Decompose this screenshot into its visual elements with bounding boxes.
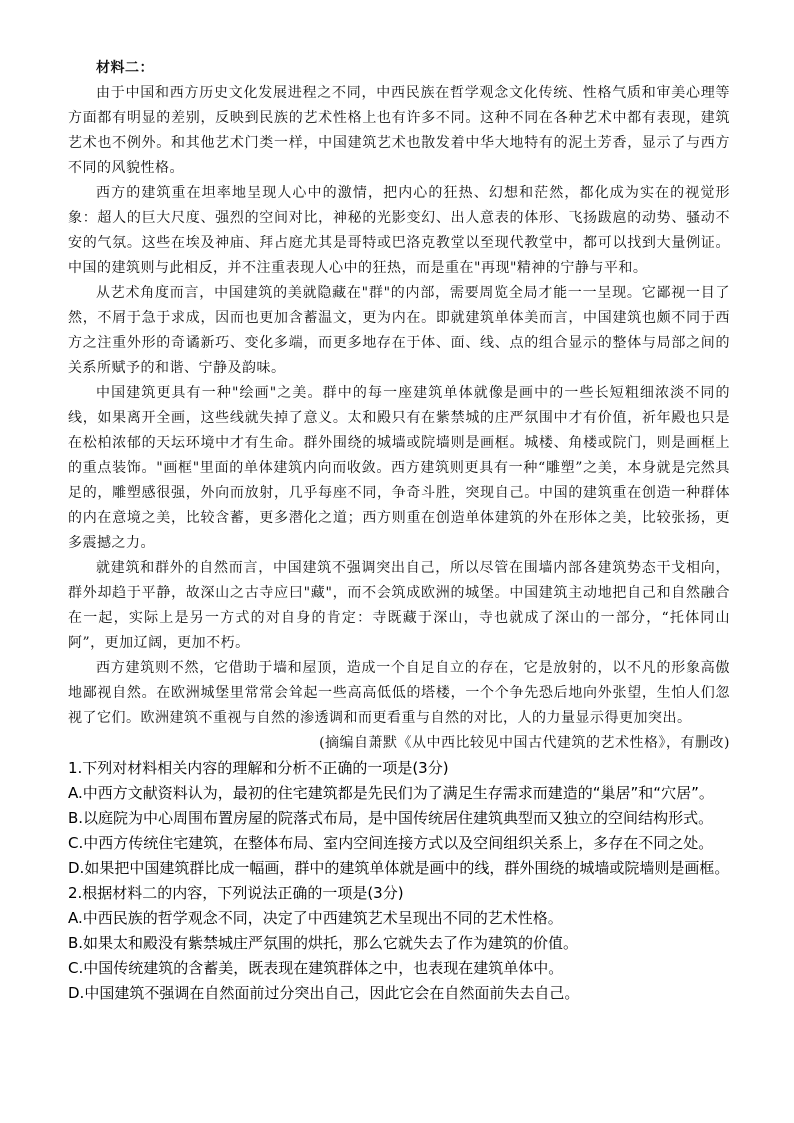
question-1-option-b: B.以庭院为中心周围布置房屋的院落式布局，是中国传统居住建筑典型而又独立的空间结… — [68, 806, 730, 831]
question-2-option-a: A.中西民族的哲学观念不同，决定了中西建筑艺术呈现出不同的艺术性格。 — [68, 906, 730, 931]
question-2-option-d: D.中国建筑不强调在自然面前过分突出自己，因此它会在自然面前失去自己。 — [68, 981, 730, 1006]
material-label: 材料二： — [68, 56, 730, 81]
paragraph-5: 就建筑和群外的自然而言，中国建筑不强调突出自己，所以尽管在围墙内部各建筑势态干戈… — [68, 556, 730, 656]
source-attribution: (摘编自萧默《从中西比较见中国古代建筑的艺术性格》，有删改) — [68, 731, 730, 756]
question-1-option-a: A.中西方文献资料认为，最初的住宅建筑都是先民们为了满足生存需求而建造的“巢居”… — [68, 781, 730, 806]
question-2-option-c: C.中国传统建筑的含蓄美，既表现在建筑群体之中，也表现在建筑单体中。 — [68, 956, 730, 981]
question-1-option-d: D.如果把中国建筑群比成一幅画，群中的建筑单体就是画中的线，群外围绕的城墙或院墙… — [68, 856, 730, 881]
question-1-stem: 1.下列对材料相关内容的理解和分析不正确的一项是(3分) — [68, 756, 730, 781]
paragraph-6: 西方建筑则不然，它借助于墙和屋顶，造成一个自足自立的存在，它是放射的，以不凡的形… — [68, 656, 730, 731]
question-1-option-c: C.中西方传统住宅建筑，在整体布局、室内空间连接方式以及空间组织关系上，多存在不… — [68, 831, 730, 856]
question-2-option-b: B.如果太和殿没有紫禁城庄严氛围的烘托，那么它就失去了作为建筑的价值。 — [68, 931, 730, 956]
questions-section: 1.下列对材料相关内容的理解和分析不正确的一项是(3分) A.中西方文献资料认为… — [68, 756, 730, 1006]
paragraph-1: 由于中国和西方历史文化发展进程之不同，中西民族在哲学观念文化传统、性格气质和审美… — [68, 81, 730, 181]
paragraph-4: 中国建筑更具有一种"绘画"之美。群中的每一座建筑单体就像是画中的一些长短粗细浓淡… — [68, 381, 730, 556]
question-2-stem: 2.根据材料二的内容，下列说法正确的一项是(3分) — [68, 881, 730, 906]
paragraph-3: 从艺术角度而言，中国建筑的美就隐藏在"群"的内部，需要周览全局才能一一呈现。它鄙… — [68, 281, 730, 381]
paragraph-2: 西方的建筑重在坦率地呈现人心中的激情，把内心的狂热、幻想和茫然，都化成为实在的视… — [68, 181, 730, 281]
document-page: 材料二： 由于中国和西方历史文化发展进程之不同，中西民族在哲学观念文化传统、性格… — [0, 0, 794, 1123]
